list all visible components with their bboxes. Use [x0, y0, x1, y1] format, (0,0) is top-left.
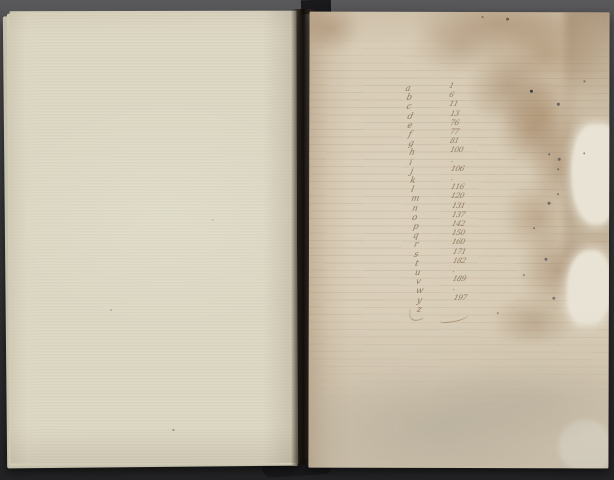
index-number: 6 [448, 90, 455, 99]
index-number: 189 [452, 274, 467, 283]
index-number: 182 [452, 256, 467, 265]
scanned-book-spread: a1b6c11d13e76f77g81h100i.j106k.l116m120n… [0, 0, 614, 480]
index-number: 106 [450, 164, 465, 173]
index-number: 116 [450, 182, 465, 191]
index-number: 160 [451, 237, 466, 246]
alphabet-index: a1b6c11d13e76f77g81h100i.j106k.l116m120n… [405, 81, 496, 326]
index-number: 131 [451, 201, 466, 210]
index-number: 100 [449, 145, 464, 154]
left-page-blank [10, 11, 298, 464]
index-number: 137 [451, 210, 466, 219]
index-number: 1 [448, 81, 455, 90]
index-number: 11 [449, 99, 460, 108]
paper-fleck [172, 429, 174, 431]
index-number: 197 [452, 293, 467, 302]
index-number: . [450, 155, 454, 164]
mold-speckles [310, 12, 312, 14]
index-number: 13 [449, 109, 460, 118]
index-number: 120 [450, 191, 465, 200]
index-number: 150 [451, 228, 466, 237]
index-number: 142 [451, 219, 466, 228]
index-number: 171 [451, 247, 466, 256]
index-number: . [450, 173, 454, 182]
index-number: 77 [449, 127, 460, 136]
index-number: . [452, 265, 456, 274]
index-number: 81 [449, 136, 460, 145]
index-number: . [452, 283, 456, 292]
page-shading [10, 11, 298, 464]
right-page-index: a1b6c11d13e76f77g81h100i.j106k.l116m120n… [308, 12, 609, 469]
index-number: 76 [449, 118, 460, 127]
